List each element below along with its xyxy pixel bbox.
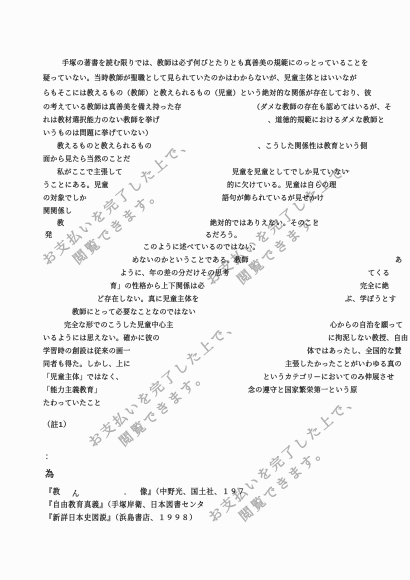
text-fragment: 教 — [57, 219, 64, 228]
reference-line: 『新詳日本史図説』（浜島書店、１９９８） — [45, 513, 197, 522]
text-fragment: めないのかということである。教師 — [132, 256, 249, 265]
text-fragment: 学習時の創設は従来の画一 — [43, 347, 131, 356]
partial-colon-mark: ： — [45, 452, 53, 461]
partial-heading-glyph: 為 — [45, 470, 54, 479]
text-fragment: 発 — [45, 231, 52, 240]
text-fragment: てくる — [368, 269, 390, 278]
reference-fragment: 『教 — [45, 487, 61, 496]
footnote-marker: （註1） — [43, 420, 71, 429]
text-fragment: 教師にとって必要なことなのではない — [72, 308, 196, 317]
text-fragment: （ダメな教師の存在も認めてはいるが、そ — [253, 103, 392, 112]
text-fragment: 「能力主義教育」 — [43, 386, 101, 395]
text-fragment: 面から見たら当然のことだ — [43, 155, 131, 164]
text-fragment: 心からの自治を願って — [330, 321, 403, 330]
text-fragment: いるようには思えない。確かに彼の — [43, 334, 160, 343]
reference-fragment: ん — [72, 489, 80, 498]
text-fragment: 関関係し — [43, 207, 72, 216]
text-fragment: 、道徳的規範におけるダメな教師と — [268, 116, 385, 125]
text-fragment: るだろう。 — [205, 231, 242, 240]
text-fragment: たわっていたこと — [43, 399, 101, 408]
text-fragment: 念の遵守と国家繁栄第一という原 — [248, 386, 358, 395]
text-layer: 手塚の著書を読む限りでは、教師は必ず何びとたりとも真善美の規範にのっとっているこ… — [0, 0, 410, 580]
text-fragment: うことにある。児童 — [43, 181, 109, 190]
text-fragment: 私がここで主張して — [57, 168, 123, 177]
text-fragment: 的に欠けている。児童は自らの理 — [227, 181, 337, 190]
text-fragment: 「児童主体」ではなく、 — [43, 373, 123, 382]
text-fragment: 教えるものと教えられるもの — [57, 142, 152, 151]
text-fragment: 主張したかったことがいわゆる真の — [285, 360, 402, 369]
text-fragment: 児童を児童としてでしか見ていない — [232, 168, 349, 177]
text-fragment: らもそこには教えるもの（教師）と教えられるもの（児童）という絶対的な関係が存在し… — [43, 89, 372, 98]
text-fragment: 体ではあったし、全国的な賛 — [307, 347, 402, 356]
text-fragment: の対象でしか — [43, 194, 87, 203]
text-fragment: あ — [395, 256, 402, 265]
text-fragment: ぶ、学ぼうとす — [345, 295, 396, 304]
text-fragment: いうものは問題に挙げていない） — [43, 129, 153, 138]
text-fragment: 手塚の著書を読む限りでは、教師は必ず何びとたりとも真善美の規範にのっとっているこ… — [62, 59, 368, 68]
reference-fragment: 像』（中野光、国土社、１９７ — [140, 487, 245, 496]
text-fragment: れは教材選択能力のない教師を挙げ — [43, 116, 160, 125]
text-fragment: 同者も得た。しかし、上に — [43, 360, 131, 369]
text-fragment: に拘泥しない教授、自由 — [328, 334, 408, 343]
text-fragment: というカテゴリーにおいてのみ伸展させ — [263, 373, 394, 382]
text-fragment: 育」の性格から上下関係は必 — [110, 282, 205, 291]
text-fragment: 完全に絶 — [360, 282, 389, 291]
text-fragment: の考えている教師は真善美を備え持った存 — [43, 103, 182, 112]
scanned-document-screenshot: { "watermark": { "line1": "お支払いを完了した上で、"… — [0, 0, 410, 580]
reference-line: 『自由教育真義』（手塚岸衛、日本図書センタ — [45, 500, 205, 509]
text-fragment: ように、年の差の分だけその思考 — [120, 269, 230, 278]
reference-fragment: ． — [124, 487, 132, 496]
text-fragment: ど存在しない。真に児童主体を — [97, 295, 199, 304]
text-fragment: 、こうした関係性は教育という側 — [258, 142, 368, 151]
text-fragment: このように述べているのではない。 — [143, 243, 260, 252]
text-fragment: 完全な形でのこうした児童中心主 — [64, 321, 174, 330]
document-page: お支払いを完了した上で、 閲覧できます。 お支払いを完了した上で、 閲覧できます… — [0, 0, 410, 580]
text-fragment: 語句が飾られているが見せかけ — [222, 194, 324, 203]
text-fragment: 疑っていない。当時教師が聖職として見られていたのかはわからないが、児童主体とはい… — [43, 74, 357, 83]
text-fragment: 絶対的ではありえない。そのこと — [210, 219, 320, 228]
